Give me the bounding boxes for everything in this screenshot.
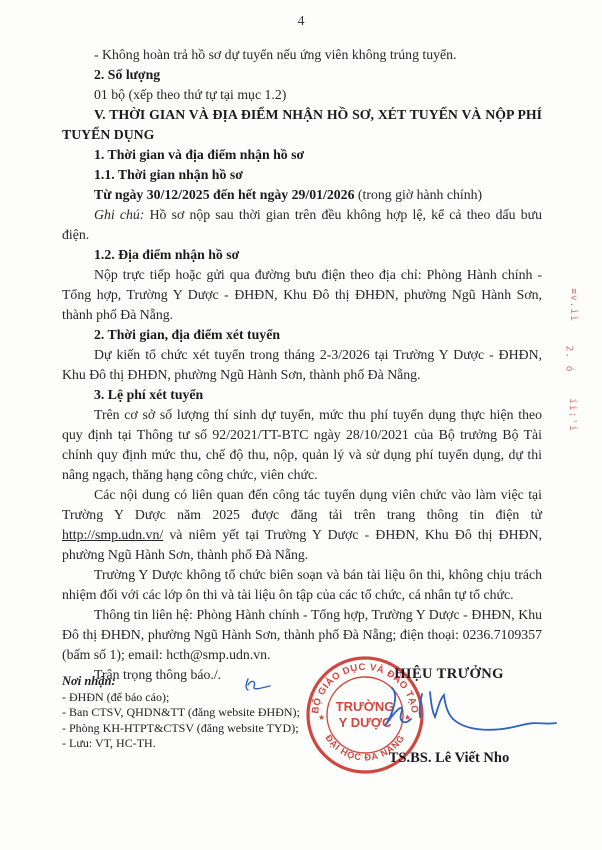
- heading-so-luong: 2. Số lượng: [62, 65, 542, 85]
- recipient-item: - Phòng KH-HTPT&CTSV (đăng website TYD);: [62, 721, 312, 737]
- paragraph-address: Nộp trực tiếp hoặc gửi qua đường bưu điệ…: [62, 265, 542, 325]
- info-text-pre: Các nội dung có liên quan đến công tác t…: [62, 487, 542, 522]
- heading-2-xet-tuyen: 2. Thời gian, địa điểm xét tuyển: [62, 325, 542, 345]
- signature-section: Nơi nhận: - ĐHĐN (để báo cáo); - Ban CTS…: [0, 666, 602, 826]
- recipient-item: - ĐHĐN (để báo cáo);: [62, 690, 312, 706]
- document-body: - Không hoàn trả hồ sơ dự tuyển nếu ứng …: [62, 45, 542, 685]
- note-label: Ghi chú:: [94, 207, 144, 222]
- paragraph-contact: Thông tin liên hệ: Phòng Hành chính - Tổ…: [62, 605, 542, 665]
- signer-name: TS.BS. Lê Viết Nho: [338, 750, 560, 767]
- stamp-star-left-icon: ★: [318, 713, 325, 722]
- recipient-item: - Ban CTSV, QHDN&TT (đăng website ĐHĐN);: [62, 705, 312, 721]
- paragraph-note: Ghi chú: Hồ sơ nộp sau thời gian trên đề…: [62, 205, 542, 245]
- website-link[interactable]: http://smp.udn.vn/: [62, 527, 163, 542]
- heading-1-1-thoi-gian-nhan-ho-so: 1.1. Thời gian nhận hồ sơ: [62, 165, 542, 185]
- scan-bleed-artifact: 2. ó: [563, 346, 573, 373]
- paragraph-date-range: Từ ngày 30/12/2025 đến hết ngày 29/01/20…: [62, 185, 542, 205]
- heading-3-le-phi: 3. Lệ phí xét tuyển: [62, 385, 542, 405]
- scanned-document-page: 4 - Không hoàn trả hồ sơ dự tuyển nếu ứn…: [0, 0, 602, 850]
- scan-bleed-artifact: ≡v.ii: [568, 288, 578, 322]
- recipients-label: Nơi nhận:: [62, 674, 312, 690]
- paragraph-info: Các nội dung có liên quan đến công tác t…: [62, 485, 542, 565]
- date-range-value: Từ ngày 30/12/2025 đến hết ngày 29/01/20…: [94, 187, 354, 202]
- page-number: 4: [0, 14, 602, 30]
- paragraph-no-return: - Không hoàn trả hồ sơ dự tuyển nếu ứng …: [62, 45, 542, 65]
- date-range-note: (trong giờ hành chính): [354, 187, 482, 202]
- signature-block: HIỆU TRƯỞNG BỘ GIÁO DỤC VÀ ĐÀO TẠO ĐẠI H…: [308, 666, 560, 683]
- heading-1-2-dia-diem: 1.2. Địa điểm nhận hồ sơ: [62, 245, 542, 265]
- scan-bleed-artifact: ii:'i: [567, 398, 577, 432]
- paragraph-fee: Trên cơ sở số lượng thí sinh dự tuyển, m…: [62, 405, 542, 485]
- heading-1-thoi-gian: 1. Thời gian và địa điểm nhận hồ sơ: [62, 145, 542, 165]
- recipients-block: Nơi nhận: - ĐHĐN (để báo cáo); - Ban CTS…: [62, 674, 312, 752]
- recipient-item: - Lưu: VT, HC-TH.: [62, 736, 312, 752]
- paragraph-disclaimer: Trường Y Dược không tổ chức biên soạn và…: [62, 565, 542, 605]
- heading-section-v: V. THỜI GIAN VÀ ĐỊA ĐIỂM NHẬN HỒ SƠ, XÉT…: [62, 105, 542, 145]
- paragraph-quantity: 01 bộ (xếp theo thứ tự tại mục 1.2): [62, 85, 542, 105]
- handwritten-signature: [374, 680, 564, 744]
- signer-title: HIỆU TRƯỞNG: [308, 666, 560, 683]
- paragraph-schedule: Dự kiến tổ chức xét tuyển trong tháng 2-…: [62, 345, 542, 385]
